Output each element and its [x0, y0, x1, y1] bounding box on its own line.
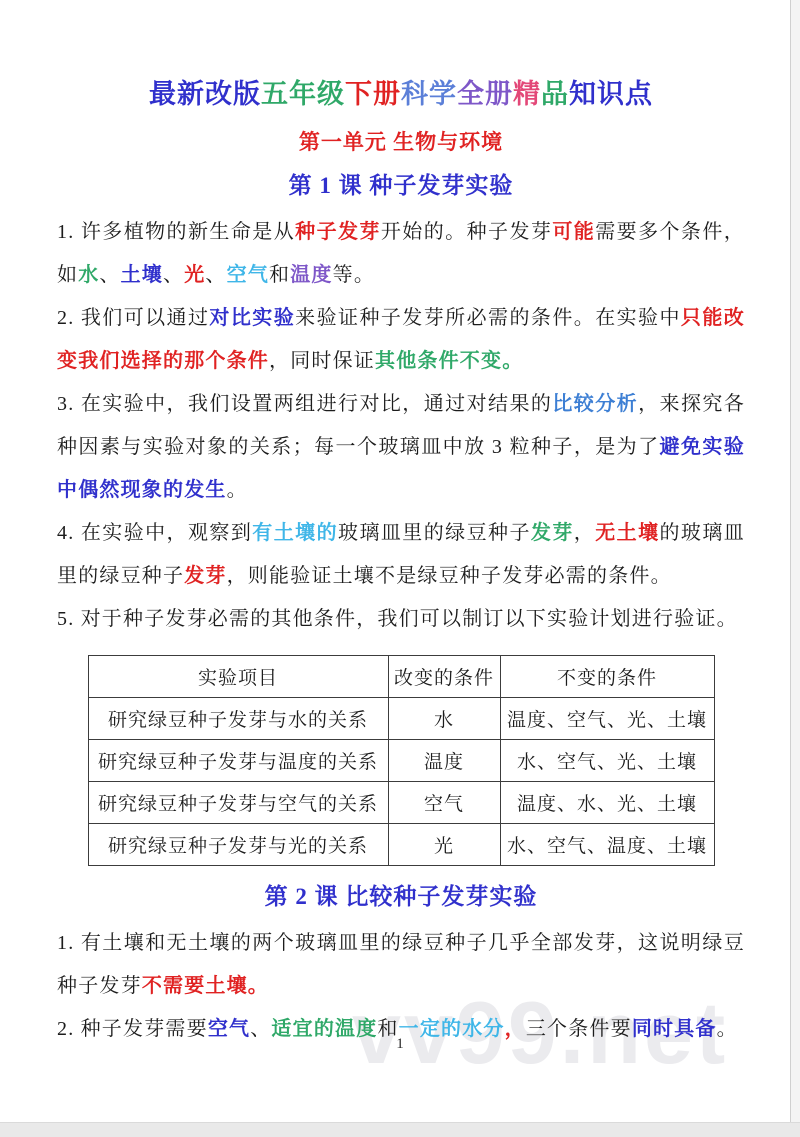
- table-cell-project: 研究绿豆种子发芽与温度的关系: [88, 740, 388, 782]
- page-content: 最新改版五年级下册科学全册精品知识点 第一单元 生物与环境 第 1 课 种子发芽…: [0, 0, 800, 1051]
- experiment-plan-table: 实验项目 改变的条件 不变的条件 研究绿豆种子发芽与水的关系 水 温度、空气、光…: [88, 655, 715, 866]
- table-row: 研究绿豆种子发芽与光的关系 光 水、空气、温度、土壤: [88, 824, 714, 866]
- table-cell-project: 研究绿豆种子发芽与光的关系: [88, 824, 388, 866]
- paragraph-lesson1-3: 3. 在实验中，我们设置两组进行对比，通过对结果的比较分析，来探究各种因素与实验…: [57, 383, 745, 512]
- table-row: 研究绿豆种子发芽与温度的关系 温度 水、空气、光、土壤: [88, 740, 714, 782]
- table-cell-project: 研究绿豆种子发芽与水的关系: [88, 698, 388, 740]
- document-title: 最新改版五年级下册科学全册精品知识点: [57, 76, 745, 112]
- table-cell-unchanged: 水、空气、光、土壤: [500, 740, 714, 782]
- table-cell-changed: 水: [388, 698, 500, 740]
- table-cell-changed: 空气: [388, 782, 500, 824]
- table-cell-unchanged: 温度、水、光、土壤: [500, 782, 714, 824]
- table-cell-changed: 光: [388, 824, 500, 866]
- lesson1-heading: 第 1 课 种子发芽实验: [57, 171, 745, 201]
- unit-heading: 第一单元 生物与环境: [57, 129, 745, 156]
- page-gap: [0, 1122, 800, 1137]
- paragraph-lesson2-1: 1. 有土壤和无土壤的两个玻璃皿里的绿豆种子几乎全部发芽，这说明绿豆种子发芽不需…: [57, 922, 745, 1008]
- table-cell-project: 研究绿豆种子发芽与空气的关系: [88, 782, 388, 824]
- table-row: 研究绿豆种子发芽与水的关系 水 温度、空气、光、土壤: [88, 698, 714, 740]
- paragraph-lesson1-2: 2. 我们可以通过对比实验来验证种子发芽所必需的条件。在实验中只能改变我们选择的…: [57, 297, 745, 383]
- document-page: vv99.net 最新改版五年级下册科学全册精品知识点 第一单元 生物与环境 第…: [0, 0, 800, 1137]
- table-cell-changed: 温度: [388, 740, 500, 782]
- table-header-row: 实验项目 改变的条件 不变的条件: [88, 656, 714, 698]
- table-cell-unchanged: 温度、空气、光、土壤: [500, 698, 714, 740]
- page-number: 1: [396, 1036, 404, 1053]
- paragraph-lesson1-5: 5. 对于种子发芽必需的其他条件，我们可以制订以下实验计划进行验证。: [57, 598, 745, 641]
- lesson2-heading: 第 2 课 比较种子发芽实验: [57, 882, 745, 912]
- table-header-unchanged-condition: 不变的条件: [500, 656, 714, 698]
- viewer-gutter: [790, 0, 800, 1137]
- paragraph-lesson1-4: 4. 在实验中，观察到有土壤的玻璃皿里的绿豆种子发芽，无土壤的玻璃皿里的绿豆种子…: [57, 512, 745, 598]
- paragraph-lesson1-1: 1. 许多植物的新生命是从种子发芽开始的。种子发芽可能需要多个条件，如水、土壤、…: [57, 211, 745, 297]
- table-row: 研究绿豆种子发芽与空气的关系 空气 温度、水、光、土壤: [88, 782, 714, 824]
- table-header-project: 实验项目: [88, 656, 388, 698]
- table-cell-unchanged: 水、空气、温度、土壤: [500, 824, 714, 866]
- table-header-changed-condition: 改变的条件: [388, 656, 500, 698]
